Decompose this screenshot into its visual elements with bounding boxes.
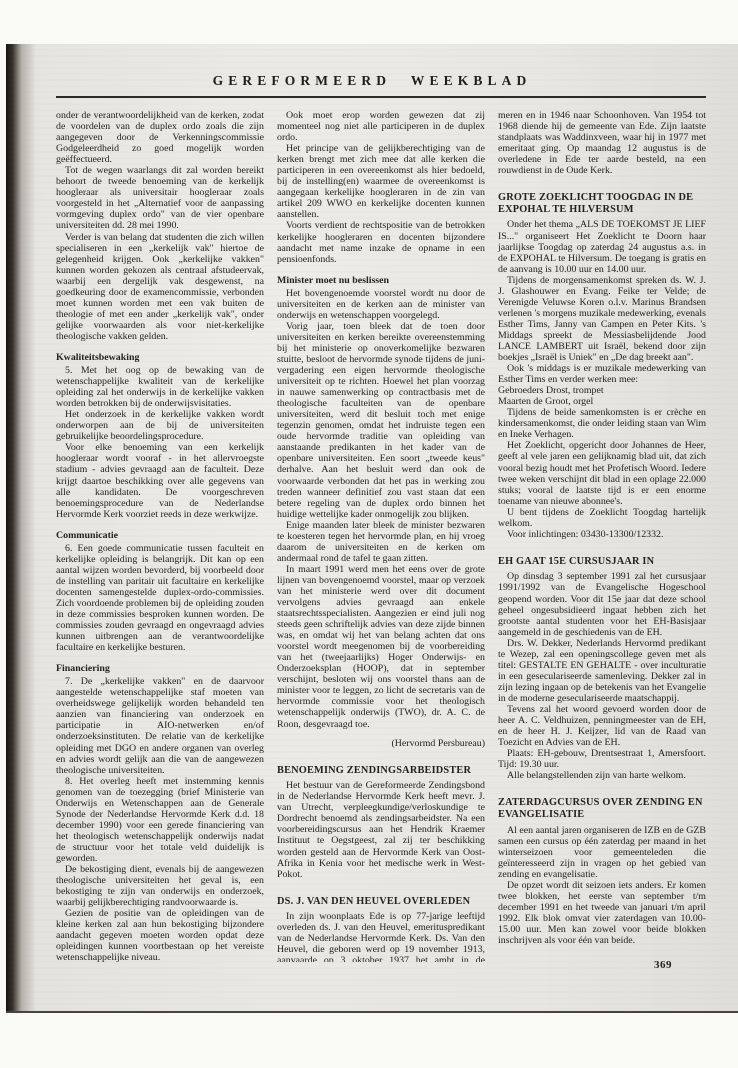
paragraph: Gebroeders Drost, trompet <box>498 385 706 396</box>
paragraph: Vorig jaar, toen bleek dat de toen door … <box>277 321 485 520</box>
section-heading: GROTE ZOEKLICHT TOOGDAG IN DE EXPOHAL TE… <box>498 192 706 215</box>
masthead-title: GEREFORMEERD WEEKBLAD <box>6 73 738 89</box>
column-right: meren en in 1946 naar Schoonhoven. Van 1… <box>498 110 706 962</box>
paragraph: Voor inlichtingen: 03430-13300/12332. <box>498 529 706 540</box>
paragraph: Tevens zal het woord gevoerd worden door… <box>498 704 706 748</box>
paragraph: Drs. W. Dekker, Nederlands Hervormd pred… <box>498 638 706 704</box>
section-heading: EH GAAT 15E CURSUSJAAR IN <box>498 556 706 568</box>
paragraph: Maarten de Groot, orgel <box>498 396 706 407</box>
paragraph: Voorts verdient de rechtspositie van de … <box>277 220 485 264</box>
section-heading: BENOEMING ZENDINGSARBEIDSTER <box>277 765 485 777</box>
section-heading: Minister moet nu beslissen <box>277 275 485 286</box>
section-heading: Communicatie <box>56 530 264 541</box>
text-columns: onder de verantwoordelijkheid van de ker… <box>56 110 706 962</box>
paragraph: 5. Met het oog op de bewaking van de wet… <box>56 365 264 409</box>
paragraph: Enige maanden later bleek de minister be… <box>277 520 485 564</box>
paragraph: Het principe van de gelijkberechtiging v… <box>277 143 485 220</box>
paragraph: Al een aantal jaren organiseren de IZB e… <box>498 825 706 880</box>
paragraph: Tijdens de morgensamenkomst spreken ds. … <box>498 275 706 363</box>
page-number: 369 <box>654 959 672 971</box>
section-heading: ZATERDAGCURSUS OVER ZENDING EN EVANGELIS… <box>498 797 706 820</box>
column-left: onder de verantwoordelijkheid van de ker… <box>56 110 264 962</box>
section-heading: Kwaliteitsbewaking <box>56 352 264 363</box>
magazine-page: GEREFORMEERD WEEKBLAD onder de verantwoo… <box>6 44 738 1013</box>
paragraph: De opzet wordt dit seizoen iets anders. … <box>498 880 706 946</box>
paragraph: Ook 's middags is er muzikale medewerkin… <box>498 363 706 385</box>
byline: (Hervormd Persbureau) <box>277 738 485 749</box>
paragraph: Op dinsdag 3 september 1991 zal het curs… <box>498 571 706 637</box>
paragraph: Alle belangstellenden zijn van harte wel… <box>498 770 706 781</box>
paragraph: Het bestuur van de Gereformeerde Zending… <box>277 780 485 879</box>
paragraph: Onder het thema „ALS DE TOEKOMST JE LIEF… <box>498 219 706 274</box>
paragraph: Tijdens de beide samenkomsten is er crèc… <box>498 407 706 440</box>
paragraph: Gezien de positie van de opleidingen van… <box>56 908 264 962</box>
paragraph: In maart 1991 werd men het eens over de … <box>277 564 485 730</box>
paragraph: onder de verantwoordelijkheid van de ker… <box>56 110 264 165</box>
paragraph: Verder is van belang dat studenten die z… <box>56 232 264 342</box>
paragraph: 8. Het overleg heeft met instemming kenn… <box>56 776 264 864</box>
paragraph: meren en in 1946 naar Schoonhoven. Van 1… <box>498 110 706 176</box>
paragraph: 7. De „kerkelijke vakken" en de daarvoor… <box>56 676 264 775</box>
section-heading: DS. J. VAN DEN HEUVEL OVERLEDEN <box>277 896 485 908</box>
paragraph: Tot de wegen waarlangs dit zal worden be… <box>56 165 264 231</box>
paragraph: Plaats: EH-gebouw, Drentsestraat 1, Amer… <box>498 748 706 770</box>
paragraph: In zijn woonplaats Ede is op 77-jarige l… <box>277 911 485 962</box>
paragraph: Het bovengenoemde voorstel wordt nu door… <box>277 288 485 321</box>
paragraph: Voor elke benoeming van een kerkelijk ho… <box>56 442 264 519</box>
paragraph: 6. Een goede communicatie tussen faculte… <box>56 543 264 653</box>
paragraph: De bekostiging dient, evenals bij de aan… <box>56 864 264 908</box>
column-middle: Ook moet erop worden gewezen dat zij mom… <box>277 110 485 962</box>
masthead-rule <box>56 96 706 98</box>
paragraph: Ook moet erop worden gewezen dat zij mom… <box>277 110 485 143</box>
paragraph: Het Zoeklicht, opgericht door Johannes d… <box>498 440 706 506</box>
paragraph: U bent tijdens de Zoeklicht Toogdag hart… <box>498 507 706 529</box>
spine-shadow <box>6 44 36 1011</box>
paragraph: Het onderzoek in de kerkelijke vakken wo… <box>56 409 264 442</box>
section-heading: Financiering <box>56 663 264 674</box>
